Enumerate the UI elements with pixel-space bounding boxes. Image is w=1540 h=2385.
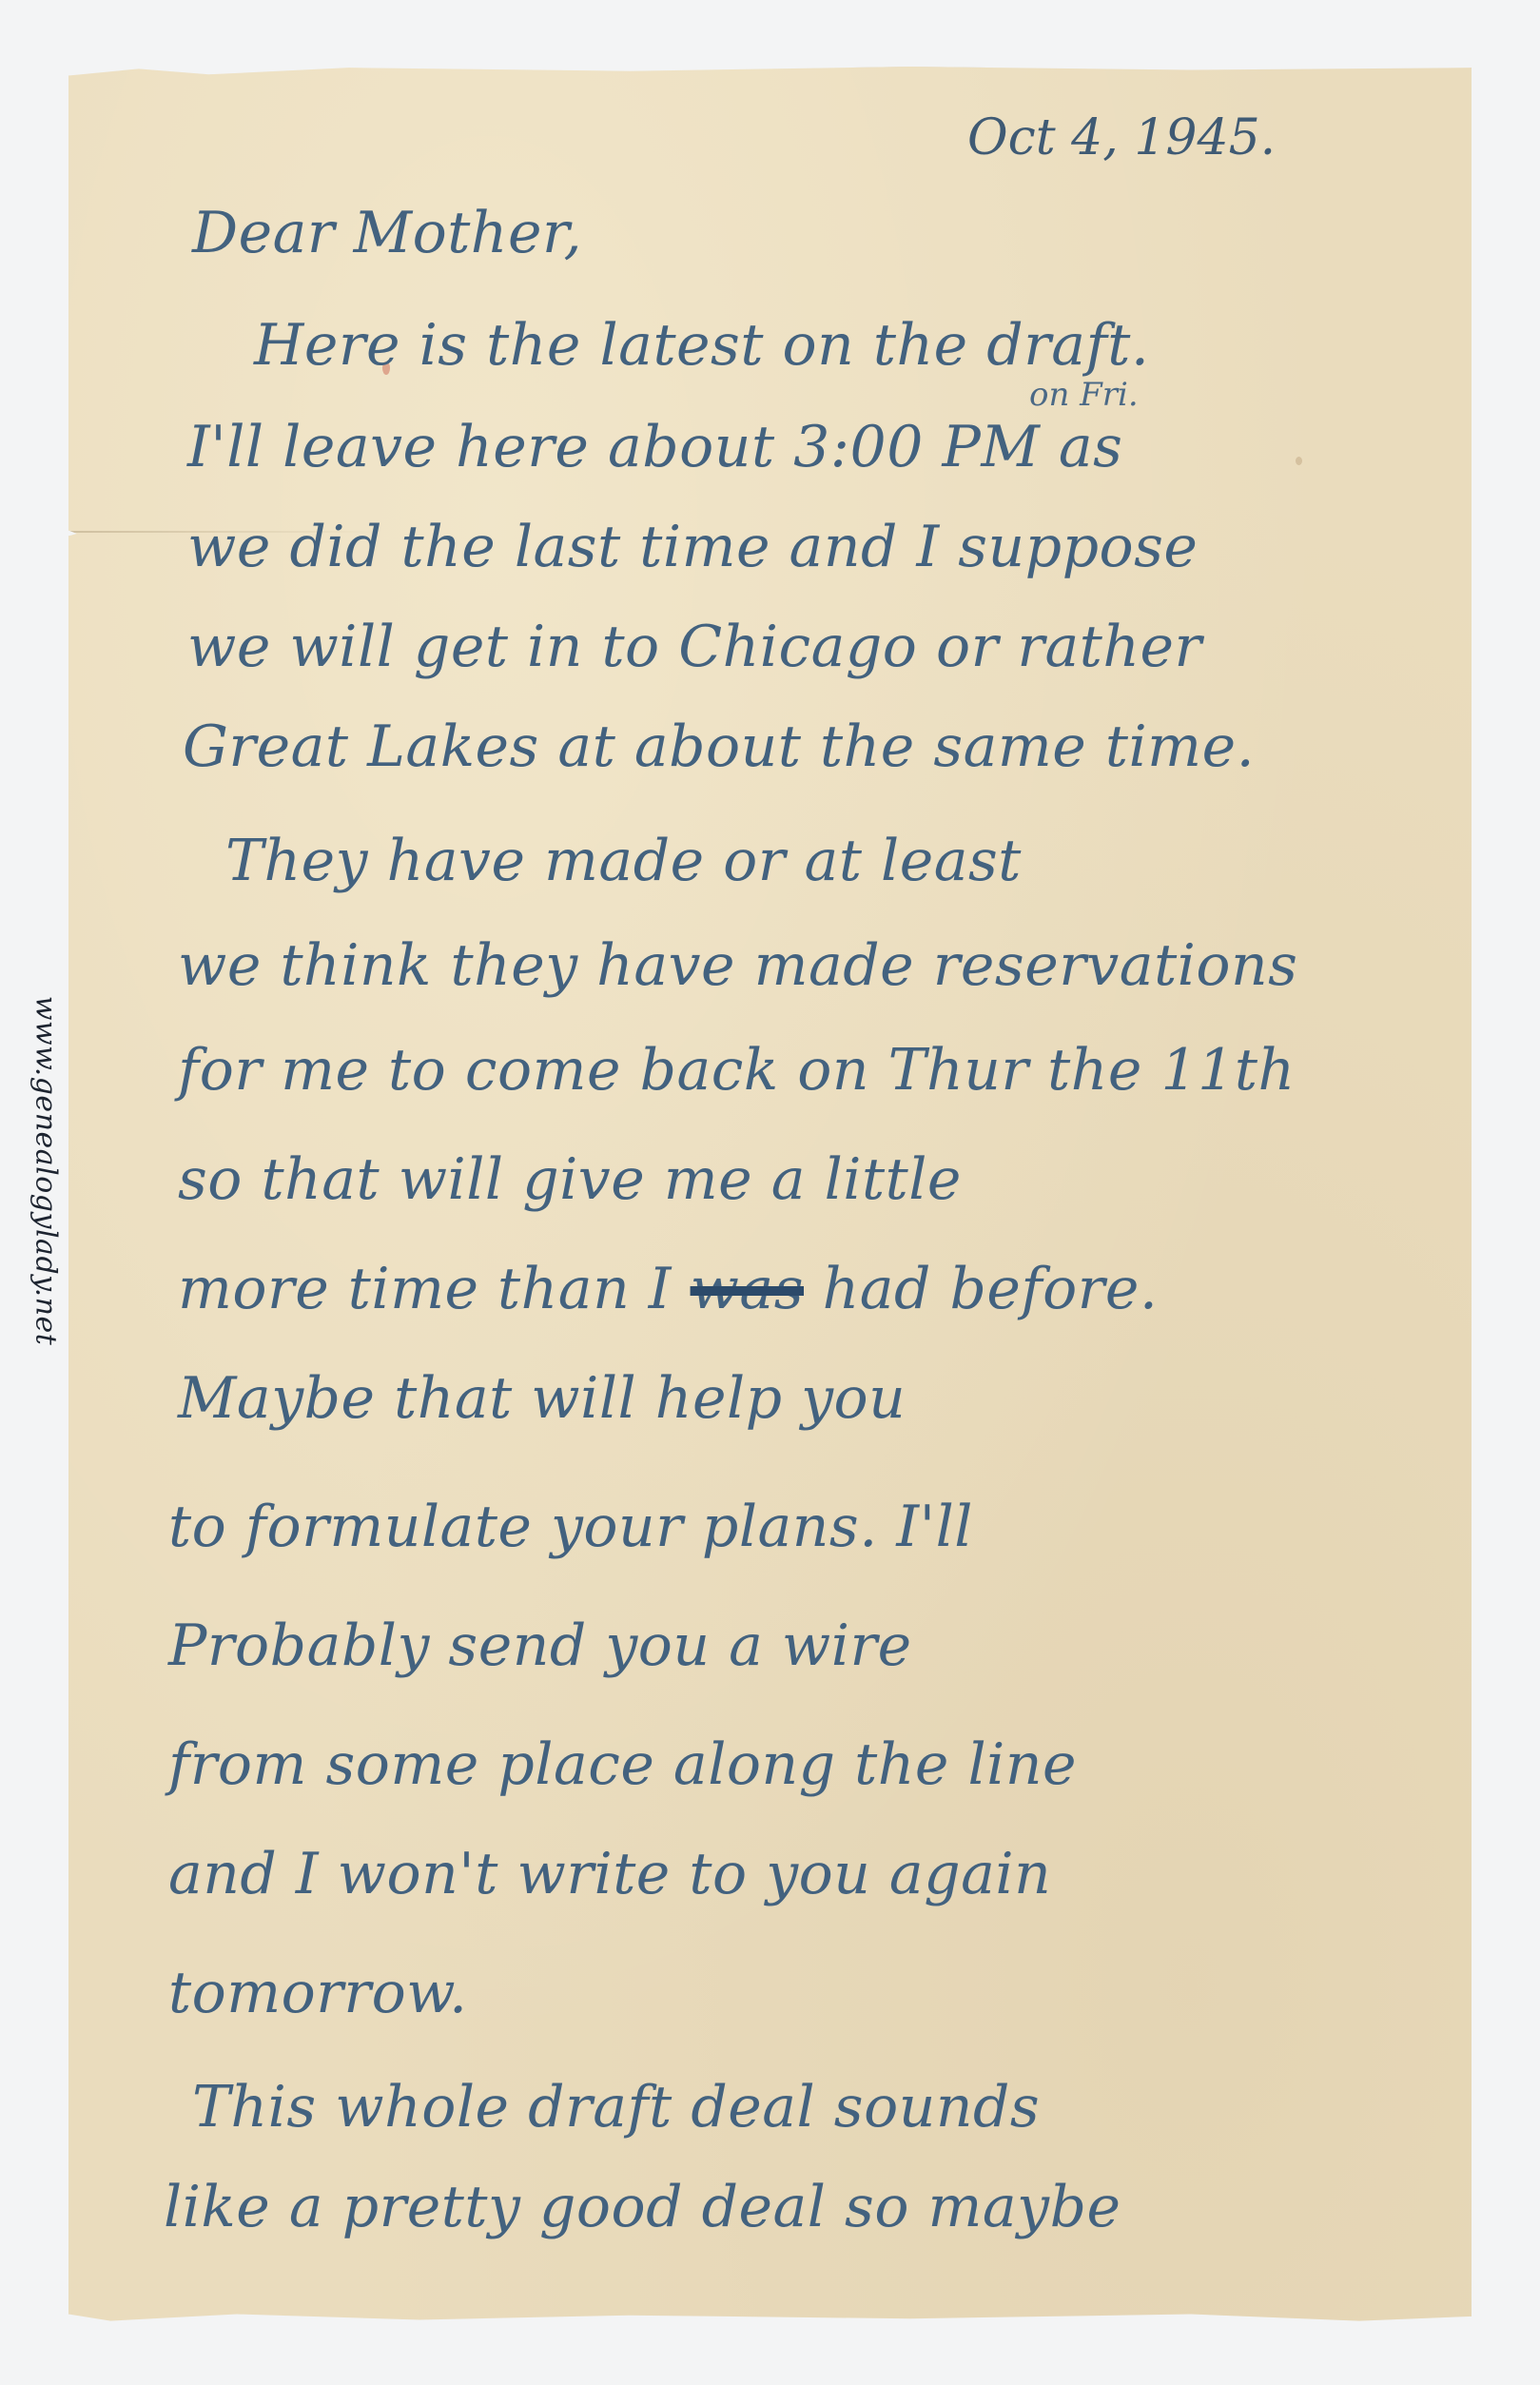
letter-line-14: from some place along the line	[168, 1731, 1077, 1798]
letter-line-5: Great Lakes at about the same time.	[183, 714, 1255, 780]
crossed-out-word: was	[691, 1256, 804, 1322]
letter-line-8: for me to come back on Thur the 11th	[178, 1037, 1296, 1104]
letter-line-2: I'll leave here about 3:00 PM as	[187, 414, 1122, 480]
letter-page: Oct 4, 1945. Dear Mother, Here is the la…	[68, 67, 1472, 2323]
letter-line-10-end: had before.	[823, 1256, 1159, 1322]
letter-line-1: Here is the latest on the draft.	[254, 312, 1149, 379]
watermark-text: www.genealogylady.net	[29, 995, 63, 1345]
letter-line-15: and I won't write to you again	[168, 1841, 1051, 1907]
letter-line-6: They have made or at least	[225, 828, 1022, 894]
letter-line-9: so that will give me a little	[178, 1146, 962, 1213]
letter-line-12: to formulate your plans. I'll	[168, 1494, 973, 1560]
salutation: Dear Mother,	[192, 200, 582, 266]
letter-line-10: more time than I was had before.	[178, 1256, 1158, 1322]
letter-line-7: we think they have made reservations	[178, 932, 1297, 999]
paper-spot	[1296, 457, 1302, 465]
letter-line-17: This whole draft deal sounds	[192, 2074, 1040, 2141]
letter-line-4: we will get in to Chicago or rather	[187, 614, 1202, 680]
letter-line-10-start: more time than I	[178, 1256, 672, 1322]
interlinear-insertion: on Fri.	[1029, 376, 1139, 414]
letter-line-11: Maybe that will help you	[178, 1365, 906, 1432]
watermark: www.genealogylady.net	[17, 961, 74, 1379]
letter-line-13: Probably send you a wire	[168, 1613, 912, 1679]
letter-date: Oct 4, 1945.	[967, 109, 1276, 166]
letter-line-16: tomorrow.	[168, 1960, 468, 2026]
letter-line-18: like a pretty good deal so maybe	[164, 2174, 1121, 2240]
letter-line-3: we did the last time and I suppose	[187, 514, 1198, 580]
